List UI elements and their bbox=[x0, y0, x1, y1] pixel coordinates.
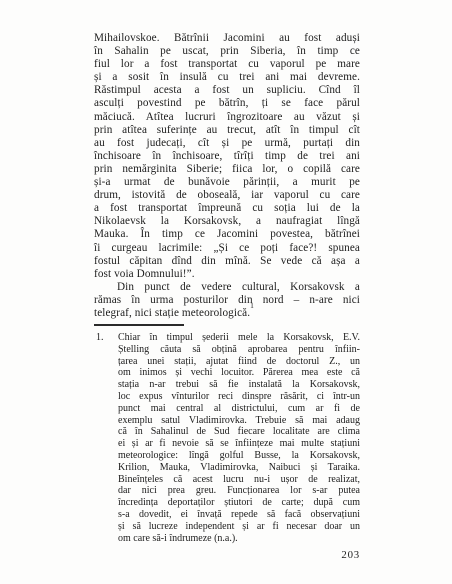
text-line: ei și ar fi nevoie să se înființeze mai … bbox=[118, 438, 360, 450]
text-line: Ștelling căuta să obțină aprobarea pentr… bbox=[118, 344, 360, 356]
footnote-ref-superscript: 1 bbox=[250, 301, 254, 310]
text-line: în Sahalin pe uscat, prin Siberia, în ti… bbox=[94, 45, 360, 58]
footnote-separator bbox=[94, 324, 184, 326]
text-line: măciucă. Atîtea lucruri îngrozitoare au … bbox=[94, 111, 360, 124]
text-line: închisoare în închisoare, tîrîți timp de… bbox=[94, 150, 360, 163]
text-line: Din punct de vedere cultural, Korsakovsk… bbox=[94, 281, 360, 294]
text-line: asculți povestind pe bătrîn, ți se face … bbox=[94, 97, 360, 110]
text-line: și-a urmat de bunăvoie părinții, a murit… bbox=[94, 176, 360, 189]
text-line: îi curgeau lacrimile: „Și ce poți face?!… bbox=[94, 242, 360, 255]
footnote-number: 1. bbox=[96, 332, 104, 344]
text-line: rămas în urma posturilor din nord – n-ar… bbox=[94, 294, 360, 307]
text-line: om inimos și vechi locuitor. Părerea mea… bbox=[118, 367, 360, 379]
text-body: Mihailovskoe. Bătrînii Jacomini au fost … bbox=[94, 32, 360, 320]
text-line: Chiar în timpul șederii mele la Korsakov… bbox=[118, 332, 360, 344]
text-line: a fost transportat împreună cu soția lui… bbox=[94, 202, 360, 215]
footnote-text: Chiar în timpul șederii mele la Korsakov… bbox=[118, 332, 360, 544]
text-line: om care să-i îndrumeze (n.a.). bbox=[118, 533, 360, 545]
text-line: fost voia Domnului!”. bbox=[94, 268, 360, 281]
text-line: fiul lor a fost transportat cu vaporul p… bbox=[94, 58, 360, 71]
text-line: drum, istovită de oboseală, iar vaporul … bbox=[94, 189, 360, 202]
footnote: 1. Chiar în timpul șederii mele la Korsa… bbox=[94, 332, 360, 544]
text-line: Răstimpul acesta a fost un supliciu. Cîn… bbox=[94, 84, 360, 97]
text-line: Mihailovskoe. Bătrînii Jacomini au fost … bbox=[94, 32, 360, 45]
text-line: Bineînțeles că acest lucru nu-i ușor de … bbox=[118, 474, 360, 486]
text-line: stația n-ar trebui să fie instalată la K… bbox=[118, 379, 360, 391]
text-line: punct mai central al districtului, cum a… bbox=[118, 403, 360, 415]
text-line: meteorologice: lîngă golful Busse, la Ko… bbox=[118, 450, 360, 462]
text-line: și a sosit în insulă cu trei ani mai dev… bbox=[94, 71, 360, 84]
book-page: Mihailovskoe. Bătrînii Jacomini au fost … bbox=[0, 0, 452, 584]
text-line: prin atîtea suferințe au trecut, atît în… bbox=[94, 124, 360, 137]
text-line: încredința deportaților știutori de cart… bbox=[118, 497, 360, 509]
text-line: telegraf, nici stație meteorologică.1 bbox=[94, 307, 360, 320]
text-line: dar nici prea greu. Funcționarea lor s-a… bbox=[118, 485, 360, 497]
text-line: că în Sahalinul de Sud fiecare localitat… bbox=[118, 426, 360, 438]
text-line: Nikolaevsk la Korsakovsk, a naufragiat l… bbox=[94, 215, 360, 228]
page-text-block: Mihailovskoe. Bătrînii Jacomini au fost … bbox=[94, 32, 360, 544]
text-line: exemplu satul Vladimirovka. Trebuie să m… bbox=[118, 415, 360, 427]
text-line: au fost judecați, cît și pe urmă, purtaț… bbox=[94, 137, 360, 150]
page-number: 203 bbox=[341, 549, 360, 561]
text-line: și să lucreze independent și ar fi neces… bbox=[118, 521, 360, 533]
text-line: țarea unei stații, ajutat fiind de docto… bbox=[118, 356, 360, 368]
text-line: prin nemărginita Siberie; fiica lor, o c… bbox=[94, 163, 360, 176]
text-line: Krilion, Mauka, Vladimirovka, Naibuci și… bbox=[118, 462, 360, 474]
text-line: s-a dovedit, ei învață repede să facă ob… bbox=[118, 509, 360, 521]
text-line: Mauka. În timp ce Jacomini povestea, băt… bbox=[94, 228, 360, 241]
text-line: fostul căpitan dînd din mînă. Se vede că… bbox=[94, 255, 360, 268]
text-line: loc expus vînturilor reci dinspre răsări… bbox=[118, 391, 360, 403]
